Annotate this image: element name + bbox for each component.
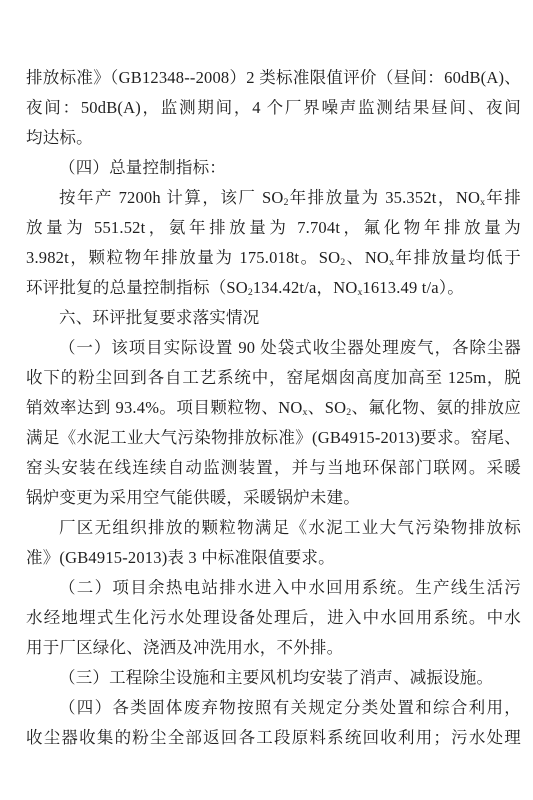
text-run: （一）该项目实际设置 90 处袋式收尘器处理废气，各除尘器 [59,338,521,357]
text-line: 3.982t，颗粒物年排放量为 175.018t。SO2、NOx年排放量均低于 [26,243,521,273]
document-body: 排放标准》（GB12348--2008）2 类标准限值评价（昼间：60dB(A)… [26,63,521,753]
text-line: 环评批复的总量控制指标（SO2134.42t/a，NOx1613.49 t/a）… [26,273,521,303]
text-run: （四）各类固体废弃物按照有关规定分类处置和综合利用， [59,698,521,717]
text-run: 收下的粉尘回到各自工艺系统中，窑尾烟囱高度加高至 125m，脱 [26,368,521,387]
text-line: （四）总量控制指标： [26,153,521,183]
text-run: 六、环评批复要求落实情况 [59,308,259,327]
text-line: 排放标准》（GB12348--2008）2 类标准限值评价（昼间：60dB(A)… [26,63,521,93]
text-line: 收下的粉尘回到各自工艺系统中，窑尾烟囱高度加高至 125m，脱 [26,363,521,393]
text-run: 放量为 551.52t，氨年排放量为 7.704t，氟化物年排放量为 [26,218,521,237]
text-line: 厂区无组织排放的颗粒物满足《水泥工业大气污染物排放标 [26,513,521,543]
text-run: 年排 [485,188,521,207]
text-run: 准》(GB4915-2013)表 3 中标准限值要求。 [26,548,335,567]
text-line: （四）各类固体废弃物按照有关规定分类处置和综合利用， [26,693,521,723]
text-line: 收尘器收集的粉尘全部返回各工段原料系统回收利用；污水处理 [26,723,521,753]
text-run: 锅炉变更为采用空气能供暖，采暖锅炉未建。 [26,488,360,507]
text-run: 销效率达到 93.4%。项目颗粒物、NO [26,398,303,417]
text-run: 夜间：50dB(A)，监测期间，4 个厂界噪声监测结果昼间、夜间 [26,98,521,117]
text-line: 放量为 551.52t，氨年排放量为 7.704t，氟化物年排放量为 [26,213,521,243]
text-line: 准》(GB4915-2013)表 3 中标准限值要求。 [26,543,521,573]
text-line: （三）工程除尘设施和主要风机均安装了消声、减振设施。 [26,663,521,693]
text-run: （四）总量控制指标： [59,158,226,177]
text-run: 用于厂区绿化、浇洒及冲洗用水，不外排。 [26,638,343,657]
text-line: 窑头安装在线连续自动监测装置，并与当地环保部门联网。采暖 [26,453,521,483]
text-line: 六、环评批复要求落实情况 [26,303,521,333]
text-run: 3.982t，颗粒物年排放量为 175.018t。SO [26,248,340,267]
text-run: 满足《水泥工业大气污染物排放标准》(GB4915-2013)要求。窑尾、 [26,428,521,447]
text-line: 夜间：50dB(A)，监测期间，4 个厂界噪声监测结果昼间、夜间 [26,93,521,123]
text-line: 均达标。 [26,123,521,153]
text-line: 满足《水泥工业大气污染物排放标准》(GB4915-2013)要求。窑尾、 [26,423,521,453]
text-run: 134.42t/a，NO [253,278,358,297]
text-run: 、NO [345,248,389,267]
text-run: 收尘器收集的粉尘全部返回各工段原料系统回收利用；污水处理 [26,728,521,747]
text-line: 按年产 7200h 计算，该厂 SO2年排放量为 35.352t，NOx年排 [26,183,521,213]
text-run: 水经地埋式生化污水处理设备处理后，进入中水回用系统。中水 [26,608,521,627]
text-line: 用于厂区绿化、浇洒及冲洗用水，不外排。 [26,633,521,663]
text-run: 环评批复的总量控制指标（SO [26,278,248,297]
document-page: 排放标准》（GB12348--2008）2 类标准限值评价（昼间：60dB(A)… [0,0,533,800]
text-run: 1613.49 t/a）。 [362,278,464,297]
text-line: （一）该项目实际设置 90 处袋式收尘器处理废气，各除尘器 [26,333,521,363]
text-run: 、SO [307,398,346,417]
text-line: （二）项目余热电站排水进入中水回用系统。生产线生活污 [26,573,521,603]
text-run: 按年产 7200h 计算，该厂 SO [59,188,283,207]
text-run: 排放标准》（GB12348--2008）2 类标准限值评价（昼间：60dB(A)… [26,68,521,87]
text-run: 年排放量为 35.352t，NO [288,188,480,207]
text-run: 均达标。 [26,128,93,147]
text-line: 锅炉变更为采用空气能供暖，采暖锅炉未建。 [26,483,521,513]
text-run: （二）项目余热电站排水进入中水回用系统。生产线生活污 [59,578,521,597]
text-line: 销效率达到 93.4%。项目颗粒物、NOx、SO2、氟化物、氨的排放应 [26,393,521,423]
text-run: （三）工程除尘设施和主要风机均安装了消声、减振设施。 [59,668,493,687]
text-line: 水经地埋式生化污水处理设备处理后，进入中水回用系统。中水 [26,603,521,633]
text-run: 厂区无组织排放的颗粒物满足《水泥工业大气污染物排放标 [59,518,521,537]
text-run: 窑头安装在线连续自动监测装置，并与当地环保部门联网。采暖 [26,458,521,477]
text-run: 年排放量均低于 [394,248,521,267]
text-run: 、氟化物、氨的排放应 [351,398,521,417]
